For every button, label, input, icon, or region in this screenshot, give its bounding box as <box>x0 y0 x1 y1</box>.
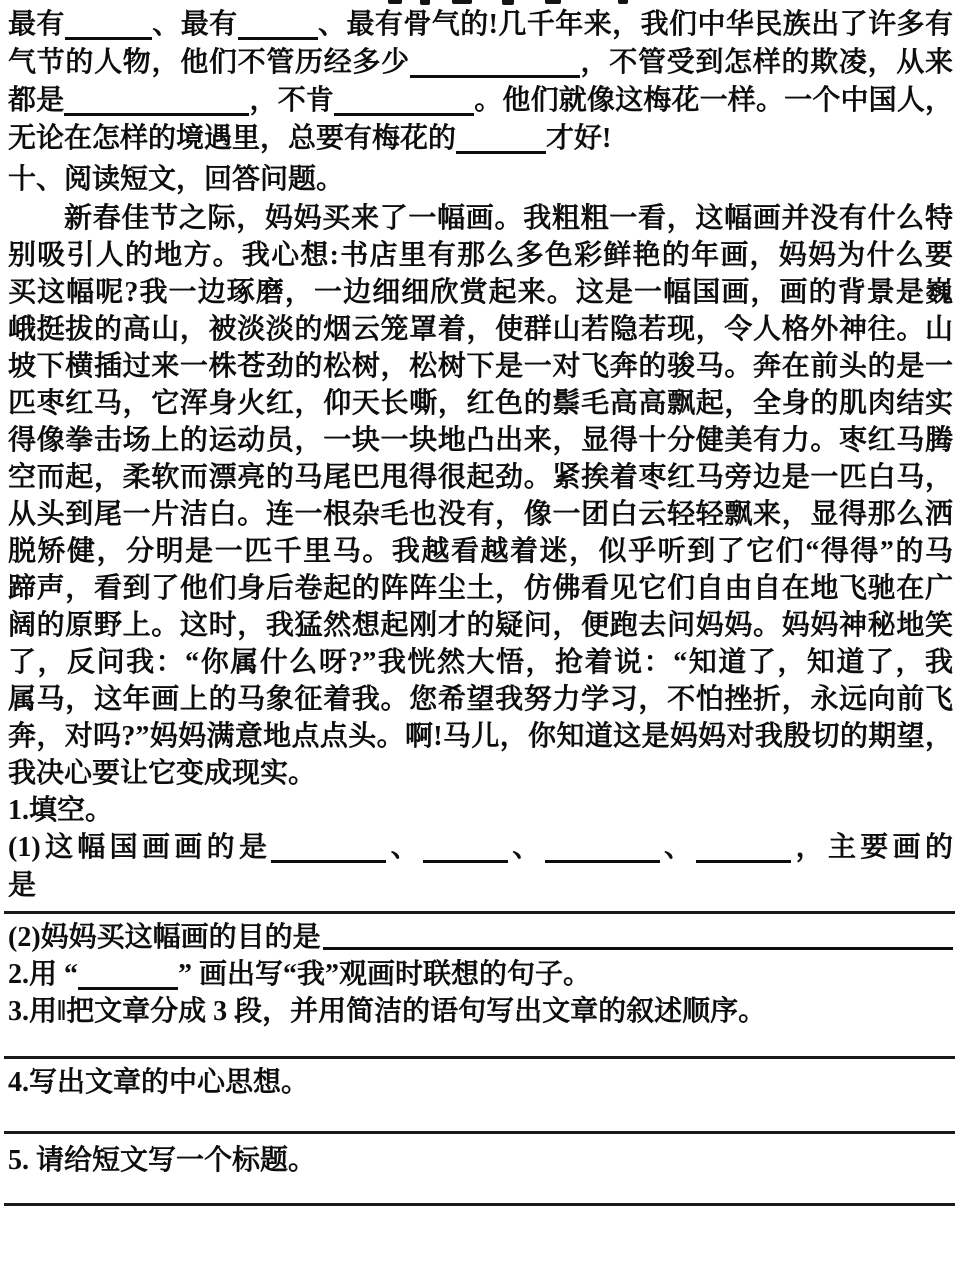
blank-line <box>238 27 318 40</box>
page-crop-artifact <box>618 0 628 4</box>
passage-line: 得像拳击场上的运动员，一块一块地凸出来，显得十分健美有力。枣红马腾 <box>8 422 953 459</box>
blank-line <box>271 850 386 863</box>
answer-rule <box>4 1056 955 1059</box>
question-text: ” 画出写“我”观画时联想的句子。 <box>178 959 591 990</box>
passage-line: 从头到尾一片洁白。连一根杂毛也没有，像一团白云轻轻飘来，显得那么洒 <box>8 496 953 533</box>
blank-line <box>78 977 178 990</box>
question-1-1-wrap: 是 <box>8 867 953 904</box>
blank-line <box>423 850 508 863</box>
passage-line: 别吸引人的地方。我心想:书店里有那么多色彩鲜艳的年画，妈妈为什么要 <box>8 237 953 274</box>
question-text: (1)这幅国画画的是 <box>8 832 271 863</box>
blank-line <box>64 103 249 116</box>
list-separator: 、 <box>508 832 545 863</box>
passage-line: 脱矫健，分明是一匹千里马。我越看越着迷，似乎听到了它们“得得”的马 <box>8 533 953 570</box>
question-3: 3.用‖把文章分成 3 段，并用简洁的语句写出文章的叙述顺序。 <box>8 993 953 1030</box>
list-separator: 、 <box>386 832 423 863</box>
blank-line <box>65 27 152 40</box>
passage-line: 新春佳节之际，妈妈买来了一幅画。我粗粗一看，这幅画并没有什么特 <box>8 200 953 237</box>
page-crop-artifact <box>420 0 430 5</box>
question-1-1: (1)这幅国画画的是、、、，主要画的 <box>8 829 953 867</box>
passage-line: 属马，这年画上的马象征着我。您希望我努力学习，不怕挫折，永远向前飞 <box>8 681 953 718</box>
fill-text: 。他们就像这梅花一样。一个中国人， <box>474 85 953 116</box>
blank-line <box>410 65 580 78</box>
question-text: ，主要画的 <box>791 832 953 863</box>
fill-text: 气节的人物，他们不管历经多少 <box>8 47 410 78</box>
fill-line: 最有、最有、最有骨气的!几千年来，我们中华民族出了许多有 <box>8 6 953 44</box>
question-1-2: (2)妈妈买这幅画的目的是 <box>8 919 953 956</box>
passage-line: 坡下横插过来一株苍劲的松树，松树下是一对飞奔的骏马。奔在前头的是一 <box>8 348 953 385</box>
fill-text: 最有 <box>8 9 65 40</box>
reading-passage: 新春佳节之际，妈妈买来了一幅画。我粗粗一看，这幅画并没有什么特 别吸引人的地方。… <box>8 200 953 792</box>
answer-rule <box>4 911 955 914</box>
passage-line: 蹄声，看到了他们身后卷起的阵阵尘土，仿佛看见它们自由自在地飞驰在广 <box>8 570 953 607</box>
blank-line <box>696 850 791 863</box>
passage-line: 阔的原野上。这时，我猛然想起刚才的疑问，便跑去问妈妈。妈妈神秘地笑 <box>8 607 953 644</box>
passage-line: 奔，对吗?”妈妈满意地点点头。啊!马儿，你知道这是妈妈对我殷切的期望， <box>8 718 953 755</box>
page-crop-artifact <box>388 0 402 4</box>
answer-rule <box>4 1131 955 1134</box>
fill-line: 气节的人物，他们不管历经多少，不管受到怎样的欺凌，从来 <box>8 44 953 82</box>
answer-rule <box>4 1203 955 1206</box>
fill-text: 才好! <box>546 123 611 154</box>
passage-line: 买这幅呢?我一边琢磨，一边细细欣赏起来。这是一幅国画，画的背景是巍 <box>8 274 953 311</box>
question-5: 5. 请给短文写一个标题。 <box>8 1142 953 1179</box>
fill-text: 都是 <box>8 85 64 116</box>
fill-line: 无论在怎样的境遇里，总要有梅花的才好! <box>8 120 953 158</box>
list-separator: 、 <box>660 832 697 863</box>
fill-text: ，不管受到怎样的欺凌，从来 <box>580 47 953 78</box>
fill-text: 无论在怎样的境遇里，总要有梅花的 <box>8 123 456 154</box>
question-nine-fill-blanks: 最有、最有、最有骨气的!几千年来，我们中华民族出了许多有 气节的人物，他们不管历… <box>8 6 953 158</box>
section-ten-heading: 十、阅读短文，回答问题。 <box>8 160 953 200</box>
passage-line: 空而起，柔软而漂亮的马尾巴甩得很起劲。紧挨着枣红马旁边是一匹白马， <box>8 459 953 496</box>
passage-line: 了，反问我：“你属什么呀?”我恍然大悟，抢着说：“知道了，知道了，我 <box>8 644 953 681</box>
question-4: 4.写出文章的中心思想。 <box>8 1064 953 1101</box>
fill-text: 、最有骨气的!几千年来，我们中华民族出了许多有 <box>318 9 953 40</box>
page-crop-artifact <box>452 0 472 4</box>
blank-line <box>334 103 474 116</box>
question-text: 2.用 “ <box>8 959 78 990</box>
page-crop-artifact <box>502 0 514 5</box>
fill-line: 都是，不肯。他们就像这梅花一样。一个中国人， <box>8 82 953 120</box>
blank-line <box>545 850 660 863</box>
passage-line: 匹枣红马，它浑身火红，仰天长嘶，红色的鬃毛高高飘起，全身的肌肉结实 <box>8 385 953 422</box>
question-text: (2)妈妈买这幅画的目的是 <box>8 919 321 956</box>
question-1-label: 1.填空。 <box>8 792 953 829</box>
blank-line <box>456 141 546 154</box>
fill-text: 、最有 <box>152 9 238 40</box>
fill-text: ，不肯 <box>249 85 334 116</box>
answer-underline <box>323 947 953 950</box>
passage-line: 峨挺拔的高山，被淡淡的烟云笼罩着，使群山若隐若现，令人格外神往。山 <box>8 311 953 348</box>
worksheet-page: 最有、最有、最有骨气的!几千年来，我们中华民族出了许多有 气节的人物，他们不管历… <box>0 0 963 1262</box>
passage-line: 我决心要让它变成现实。 <box>8 755 953 792</box>
page-crop-artifact <box>545 0 561 4</box>
question-2: 2.用 “” 画出写“我”观画时联想的句子。 <box>8 956 953 993</box>
